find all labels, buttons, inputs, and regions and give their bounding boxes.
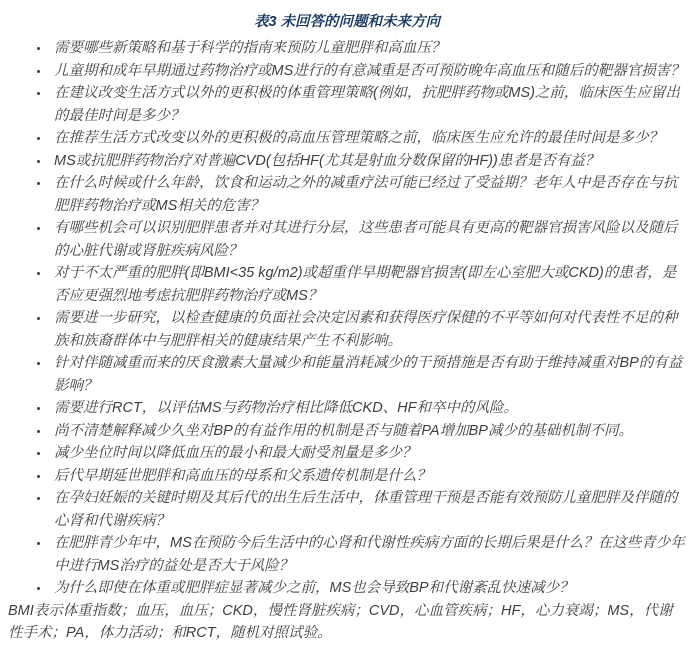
question-item: 后代早期延世肥胖和高血压的母系和父系遗传机制是什么？ bbox=[50, 465, 686, 488]
question-item: 需要进行RCT，以评估MS与药物治疗相比降低CKD、HF和卒中的风险。 bbox=[50, 397, 686, 420]
question-item: 有哪些机会可以识别肥胖患者并对其进行分层，这些患者可能具有更高的靶器官损害风险以… bbox=[50, 217, 686, 262]
question-item: 对于不太严重的肥胖(即BMI<35 kg/m2)或超重伴早期靶器官损害(即左心室… bbox=[50, 262, 686, 307]
question-item: 为什么即使在体重或肥胖症显著减少之前，MS也会导致BP和代谢紊乱快速减少？ bbox=[50, 577, 686, 600]
question-item: 在什么时候或什么年龄，饮食和运动之外的减重疗法可能已经过了受益期？老年人中是否存… bbox=[50, 172, 686, 217]
question-item: 需要进一步研究，以检查健康的负面社会决定因素和获得医疗保健的不平等如何对代表性不… bbox=[50, 307, 686, 352]
abbreviations-footnote: BMI表示体重指数；血压，血压；CKD，慢性肾脏疾病；CVD，心血管疾病；HF，… bbox=[8, 600, 686, 645]
questions-list: 需要哪些新策略和基于科学的指南来预防儿童肥胖和高血压？儿童期和成年早期通过药物治… bbox=[8, 37, 686, 600]
question-item: 在推荐生活方式改变以外的更积极的高血压管理策略之前，临床医生应允许的最佳时间是多… bbox=[50, 127, 686, 150]
question-item: 尚不清楚解释减少久坐对BP的有益作用的机制是否与随着PA增加BP减少的基础机制不… bbox=[50, 420, 686, 443]
question-item: MS或抗肥胖药物治疗对普遍CVD(包括HF(尤其是射血分数保留的HF))患者是否… bbox=[50, 150, 686, 173]
table3-page: 表3 未回答的问题和未来方向 需要哪些新策略和基于科学的指南来预防儿童肥胖和高血… bbox=[0, 0, 696, 646]
question-item: 在肥胖青少年中，MS在预防今后生活中的心肾和代谢性疾病方面的长期后果是什么？在这… bbox=[50, 532, 686, 577]
table-title: 表3 未回答的问题和未来方向 bbox=[8, 11, 686, 33]
question-item: 儿童期和成年早期通过药物治疗或MS进行的有意减重是否可预防晚年高血压和随后的靶器… bbox=[50, 60, 686, 83]
question-item: 减少坐位时间以降低血压的最小和最大耐受剂量是多少？ bbox=[50, 442, 686, 465]
question-item: 针对伴随减重而来的厌食激素大量减少和能量消耗减少的干预措施是否有助于维持减重对B… bbox=[50, 352, 686, 397]
question-item: 在孕妇妊娠的关键时期及其后代的出生后生活中，体重管理干预是否能有效预防儿童肥胖及… bbox=[50, 487, 686, 532]
question-item: 在建议改变生活方式以外的更积极的体重管理策略(例如，抗肥胖药物或MS)之前，临床… bbox=[50, 82, 686, 127]
question-item: 需要哪些新策略和基于科学的指南来预防儿童肥胖和高血压？ bbox=[50, 37, 686, 60]
